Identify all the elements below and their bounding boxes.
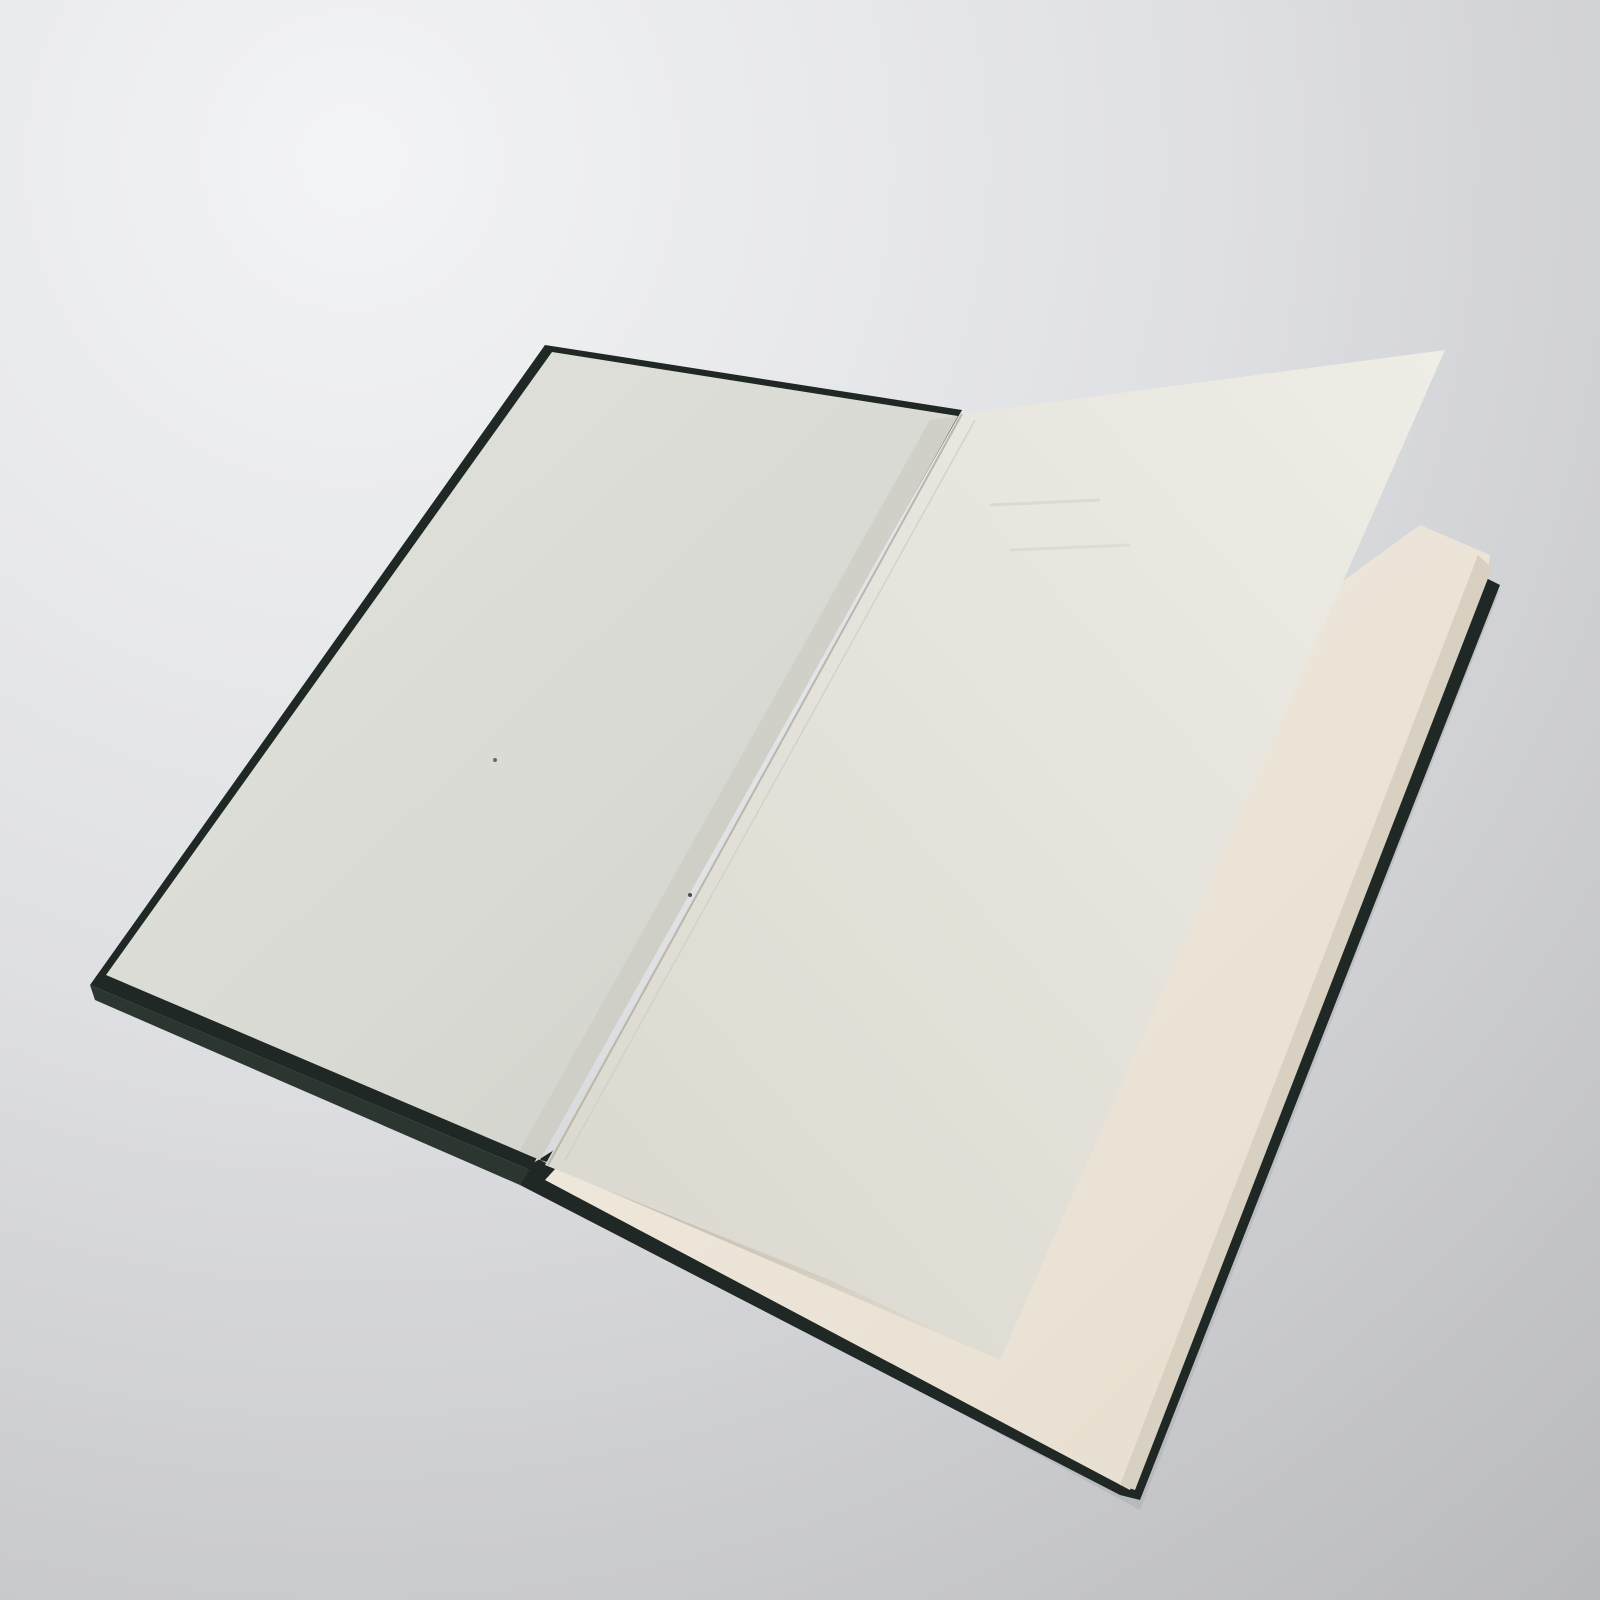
open-book-illustration	[0, 0, 1600, 1600]
photo-scene: Open hardcover book with blank endpapers	[0, 0, 1600, 1600]
speck	[688, 893, 692, 897]
speck	[493, 758, 497, 762]
